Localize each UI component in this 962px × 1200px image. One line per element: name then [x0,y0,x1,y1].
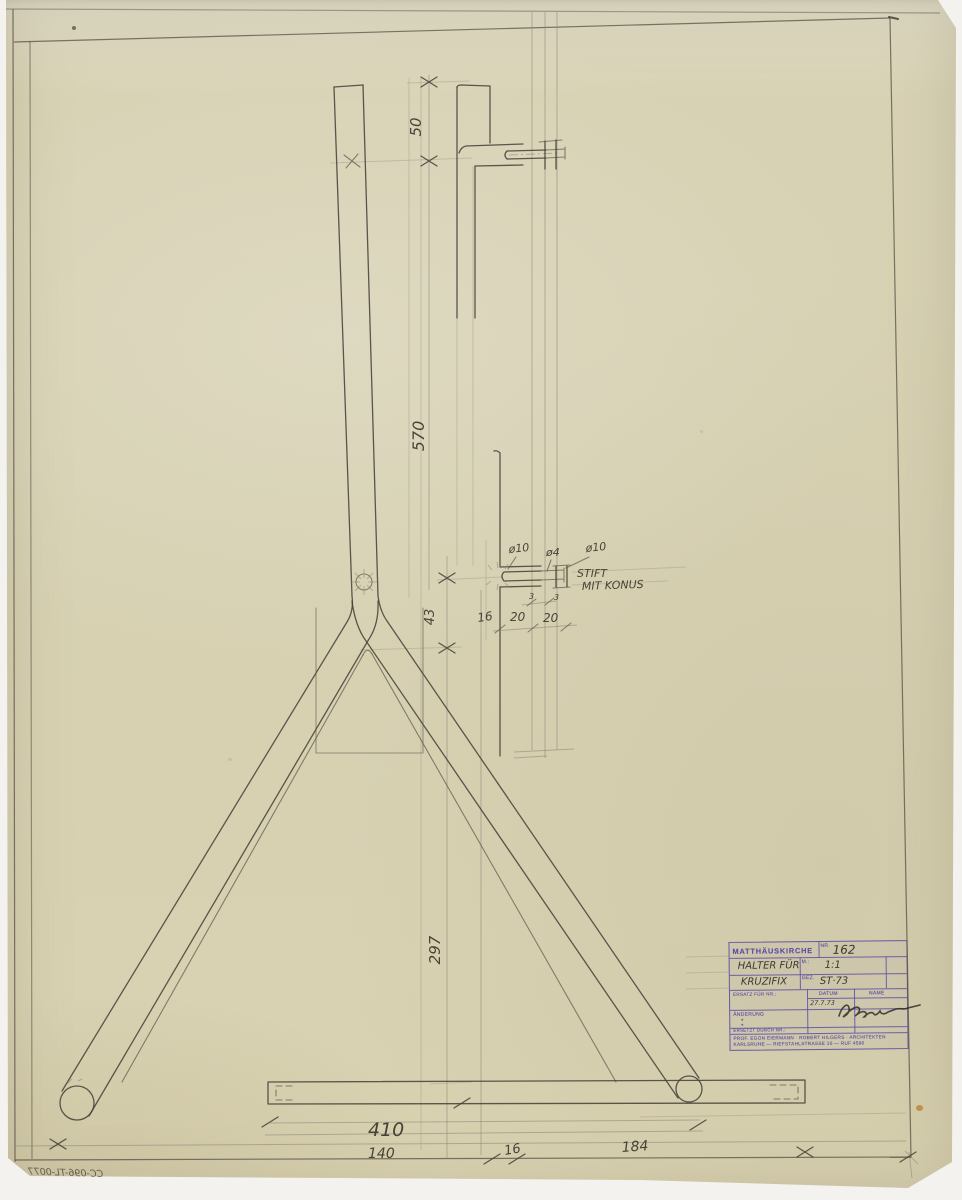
dim-3b: 3 [554,593,559,602]
dim-43: 43 [423,609,438,626]
pin-detail-labels: ø10 ø4 ø10 STIFT MIT KONUS 16 20 20 3 3 [476,540,643,625]
dim-20a: 20 [510,610,526,624]
dia-10-left: ø10 [507,541,530,556]
dia-10-right: ø10 [584,540,607,555]
dim-140: 140 [368,1146,395,1162]
dim-50: 50 [407,117,425,136]
dia-4: ø4 [545,546,560,559]
margin-inventory-note: CC-096-TL-0077 [27,1166,103,1180]
dim-3a: 3 [529,592,534,601]
dim-16-detail: 16 [476,609,493,625]
pin-detail [486,451,589,756]
note-mit-konus: MIT KONUS [582,578,644,593]
scanned-technical-drawing: MATTHÄUSKIRCHE NR. 162 HALTER FÜR M.: 1:… [0,0,962,1200]
hub-mark [351,569,377,595]
drawing-linework: 50 570 43 297 410 140 16 184 ø10 ø4 ø10 … [0,0,962,1200]
dim-410: 410 [368,1119,404,1141]
note-stift: STIFT [577,567,608,580]
dim-20b: 20 [543,611,559,625]
dim-570: 570 [409,421,428,452]
dim-297: 297 [426,935,444,964]
dim-184: 184 [621,1138,649,1156]
dim-16: 16 [503,1141,522,1159]
dimension-labels: 50 570 43 297 410 140 16 184 [368,117,649,1162]
construction-lines [14,12,906,1158]
